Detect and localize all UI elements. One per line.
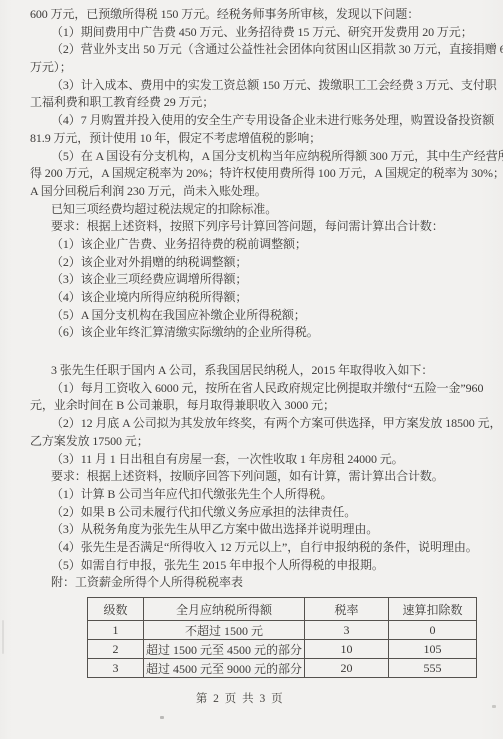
text-line: 要求：根据上述资料，按顺序回答下列问题，如有计算，需计算出合计数。 <box>30 468 477 486</box>
tax-table-cell: 1 <box>88 621 144 640</box>
scan-speck <box>2 620 4 654</box>
text-line: （1）计算 B 公司当年应代扣代缴张先生个人所得税。 <box>30 486 477 504</box>
tax-table-cell: 3 <box>88 659 144 678</box>
text-line: （2）如果 B 公司未履行代扣代缴义务应承担的法律责任。 <box>30 504 477 522</box>
text-line: 600 万元，已预缴所得税 150 万元。经税务师事务所审核，发现以下问题： <box>30 6 477 24</box>
tax-table-cell: 555 <box>388 659 476 678</box>
text-line: 万元）； <box>30 59 477 77</box>
tax-table-cell: 不超过 1500 元 <box>143 621 304 640</box>
section-gap <box>30 342 477 362</box>
tax-table-cell: 20 <box>305 659 389 678</box>
tax-table-cell: 0 <box>388 621 476 640</box>
text-line: （1）每月工资收入 6000 元，按所在省人民政府规定比例提取并缴付“五险一金”… <box>30 380 477 398</box>
tax-table-cell: 超过 1500 元至 4500 元的部分 <box>143 640 304 659</box>
text-line: 3 张先生任职于国内 A 公司，系我国居民纳税人，2015 年取得收入如下： <box>30 362 477 380</box>
tax-table-cell: 10 <box>305 640 389 659</box>
page-footer: 第 2 页 共 3 页 <box>30 690 450 706</box>
text-line: 元，业余时间在 B 公司兼职，每月取得兼职收入 3000 元； <box>30 397 477 415</box>
text-line: 81.9 万元，预计使用 10 年，假定不考虑增值税的影响； <box>30 130 477 148</box>
text-line: 乙方案发放 17500 元； <box>30 433 477 451</box>
text-line: （1）该企业广告费、业务招待费的税前调整额； <box>30 236 477 254</box>
text-line: （5）A 国分支机构在我国应补缴企业所得税额； <box>30 307 477 325</box>
document-page: 600 万元，已预缴所得税 150 万元。经税务师事务所审核，发现以下问题：（1… <box>0 0 503 739</box>
text-line: （3）该企业三项经费应调增所得额； <box>30 271 477 289</box>
text-line: 要求：根据上述资料，按照下列序号计算回答问题，每问需计算出合计数： <box>30 218 477 236</box>
text-line: （2）营业外支出 50 万元（含通过公益性社会团体向贫困山区捐款 30 万元，直… <box>30 41 477 59</box>
text-line: （6）该企业年终汇算清缴实际缴纳的企业所得税。 <box>30 324 477 342</box>
tax-table-header-income: 全月应纳税所得额 <box>143 598 304 621</box>
text-line: 已知三项经费均超过税法规定的扣除标准。 <box>30 201 477 219</box>
tax-table-row: 1不超过 1500 元30 <box>88 621 477 640</box>
tax-table-header-rate: 税率 <box>305 598 389 621</box>
tax-table-caption: 附：工资薪金所得个人所得税税率表 <box>30 574 477 592</box>
text-line: （2）该企业对外捐赠的纳税调整额； <box>30 254 477 272</box>
text-line: A 国分回税后利润 230 万元，尚未入账处理。 <box>30 183 477 201</box>
text-line: 得 200 万元，A 国规定税率为 20%；特许权使用费所得 100 万元，A … <box>30 165 477 183</box>
text-line: （3）从税务角度为张先生从甲乙方案中做出选择并说明理由。 <box>30 521 477 539</box>
scan-speck <box>492 705 496 708</box>
tax-table-cell: 2 <box>88 640 144 659</box>
tax-rate-table: 级数 全月应纳税所得额 税率 速算扣除数 1不超过 1500 元302超过 15… <box>87 597 477 678</box>
tax-table-cell: 105 <box>388 640 476 659</box>
text-line: （1）期间费用中广告费 450 万元、业务招待费 15 万元、研究开发费用 20… <box>30 24 477 42</box>
text-line: （2）12 月底 A 公司拟为其发放年终奖，有两个方案可供选择，甲方案发放 18… <box>30 415 477 433</box>
scan-speck <box>160 716 164 719</box>
problem-2-text: 600 万元，已预缴所得税 150 万元。经税务师事务所审核，发现以下问题：（1… <box>30 6 477 342</box>
text-line: （3）计入成本、费用中的实发工资总额 150 万元、拨缴职工工会经费 3 万元、… <box>30 77 477 95</box>
text-line: （5）如需自行申报，张先生 2015 年申报个人所得税的申报期。 <box>30 557 477 575</box>
tax-table-cell: 超过 4500 元至 9000 元的部分 <box>143 659 304 678</box>
tax-table-header-level: 级数 <box>88 598 144 621</box>
tax-table-row: 2超过 1500 元至 4500 元的部分10105 <box>88 640 477 659</box>
text-line: （3）11 月 1 日出租自有房屋一套，一次性收取 1 年房租 24000 元。 <box>30 451 477 469</box>
tax-table-row: 3超过 4500 元至 9000 元的部分20555 <box>88 659 477 678</box>
text-line: （4）7 月购置并投入使用的安全生产专用设备企业未进行账务处理，购置设备投资额 <box>30 112 477 130</box>
tax-table-header-row: 级数 全月应纳税所得额 税率 速算扣除数 <box>88 598 477 621</box>
problem-3-text: 3 张先生任职于国内 A 公司，系我国居民纳税人，2015 年取得收入如下：（1… <box>30 362 477 574</box>
text-line: 工福利费和职工教育经费 29 万元； <box>30 94 477 112</box>
text-line: （4）张先生是否满足“所得收入 12 万元以上”，自行申报纳税的条件，说明理由。 <box>30 539 477 557</box>
text-line: （5）在 A 国设有分支机构，A 国分支机构当年应纳税所得额 300 万元，其中… <box>30 148 477 166</box>
tax-table-header-deduct: 速算扣除数 <box>388 598 476 621</box>
text-line: （4）该企业境内所得应纳税所得额； <box>30 289 477 307</box>
tax-table-cell: 3 <box>305 621 389 640</box>
